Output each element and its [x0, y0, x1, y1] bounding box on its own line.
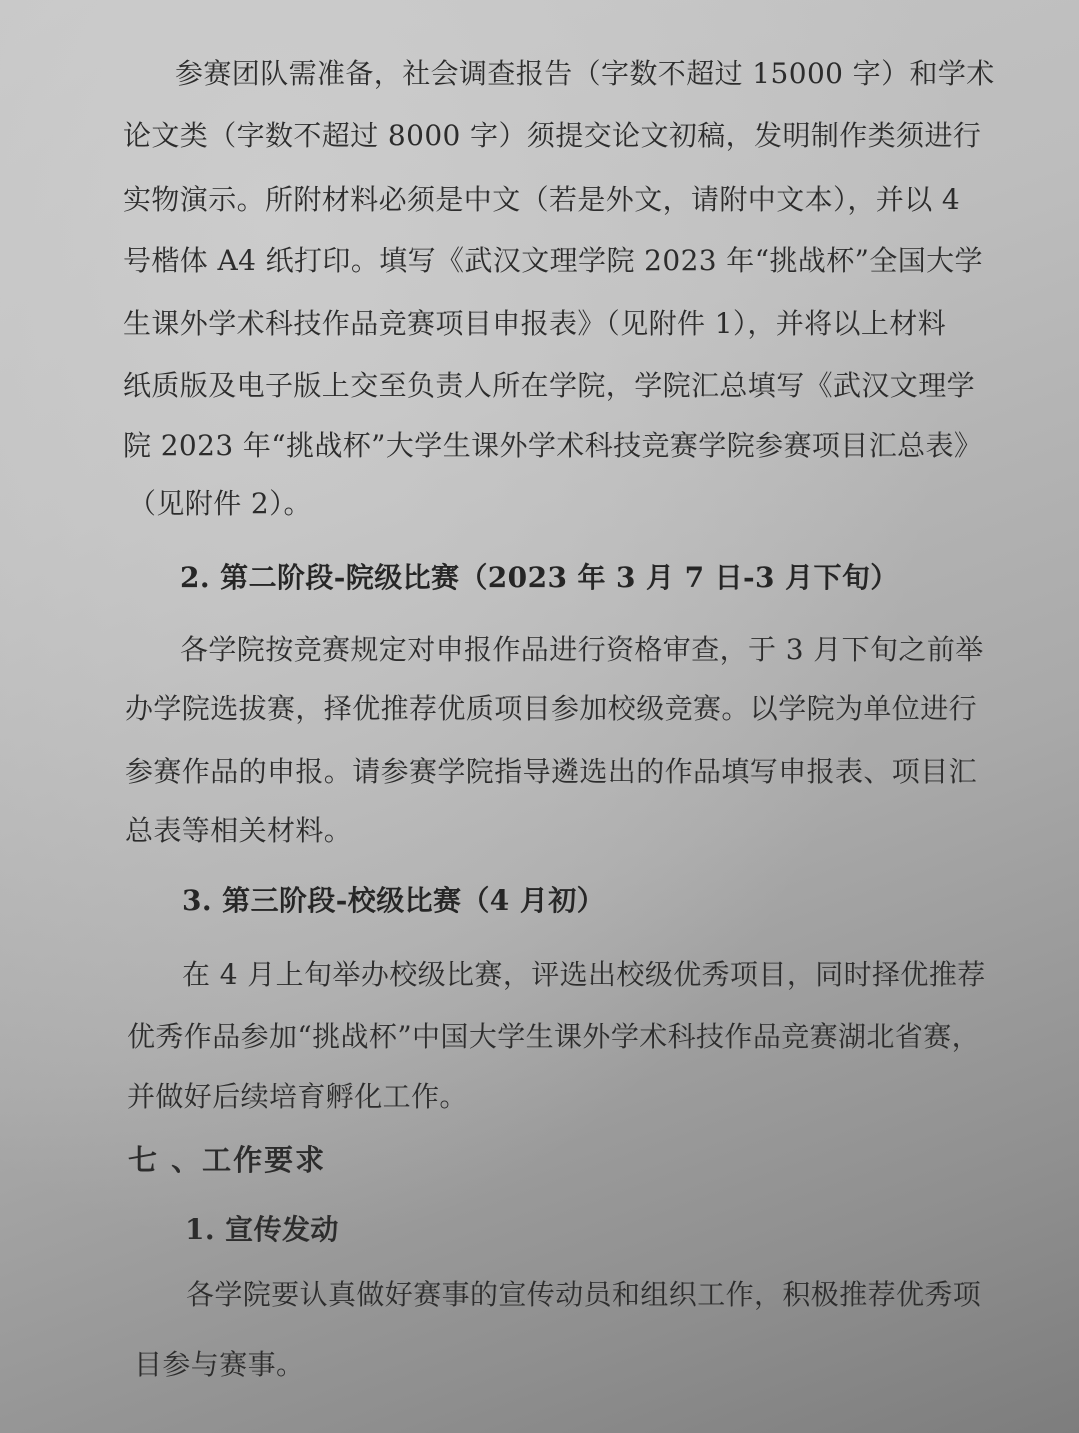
stage3-body-line-1: 在 4 月上旬举办校级比赛，评选出校级优秀项目，同时择优推荐	[182, 955, 928, 995]
paragraph-materials-line-4: 号楷体 A4 纸打印。填写《武汉文理学院 2023 年“挑战杯”全国大学	[123, 241, 933, 281]
paragraph-materials-line-2: 论文类（字数不超过 8000 字）须提交论文初稿，发明制作类须进行	[123, 116, 933, 156]
stage2-body-line-4: 总表等相关材料。	[125, 811, 935, 851]
stage3-heading: 3. 第三阶段-校级比赛（4 月初）	[182, 881, 992, 921]
paragraph-materials-line-3: 实物演示。所附材料必须是中文（若是外文，请附中文本），并以 4	[123, 180, 933, 220]
publicity-heading: 1. 宣传发动	[185, 1210, 995, 1250]
document-page: 参赛团队需准备，社会调查报告（字数不超过 15000 字）和学术 论文类（字数不…	[0, 0, 1079, 1433]
stage2-heading: 2. 第二阶段-院级比赛（2023 年 3 月 7 日-3 月下旬）	[180, 558, 990, 598]
paragraph-materials-line-6: 纸质版及电子版上交至负责人所在学院，学院汇总填写《武汉文理学	[123, 366, 933, 406]
stage2-body-line-2: 办学院选拔赛，择优推荐优质项目参加校级竞赛。以学院为单位进行	[125, 689, 928, 729]
paragraph-materials-line-8: （见附件 2）。	[128, 484, 938, 524]
stage2-body-line-3: 参赛作品的申报。请参赛学院指导遴选出的作品填写申报表、项目汇	[125, 752, 928, 792]
stage3-body-line-3: 并做好后续培育孵化工作。	[127, 1077, 937, 1117]
paragraph-materials-line-7: 院 2023 年“挑战杯”大学生课外学术科技竞赛学院参赛项目汇总表》	[123, 426, 933, 466]
section-7-heading: 七 、工作要求	[128, 1140, 938, 1180]
paragraph-materials-line-1: 参赛团队需准备，社会调查报告（字数不超过 15000 字）和学术	[175, 54, 933, 94]
publicity-body-line-2: 目参与赛事。	[134, 1345, 944, 1385]
stage3-body-line-2: 优秀作品参加“挑战杯”中国大学生课外学术科技作品竞赛湖北省赛，	[127, 1017, 930, 1057]
paragraph-materials-line-5: 生课外学术科技作品竞赛项目申报表》（见附件 1），并将以上材料	[123, 304, 933, 344]
publicity-body-line-1: 各学院要认真做好赛事的宣传动员和组织工作，积极推荐优秀项	[186, 1275, 930, 1315]
stage2-body-line-1: 各学院按竞赛规定对申报作品进行资格审查，于 3 月下旬之前举	[180, 630, 928, 670]
